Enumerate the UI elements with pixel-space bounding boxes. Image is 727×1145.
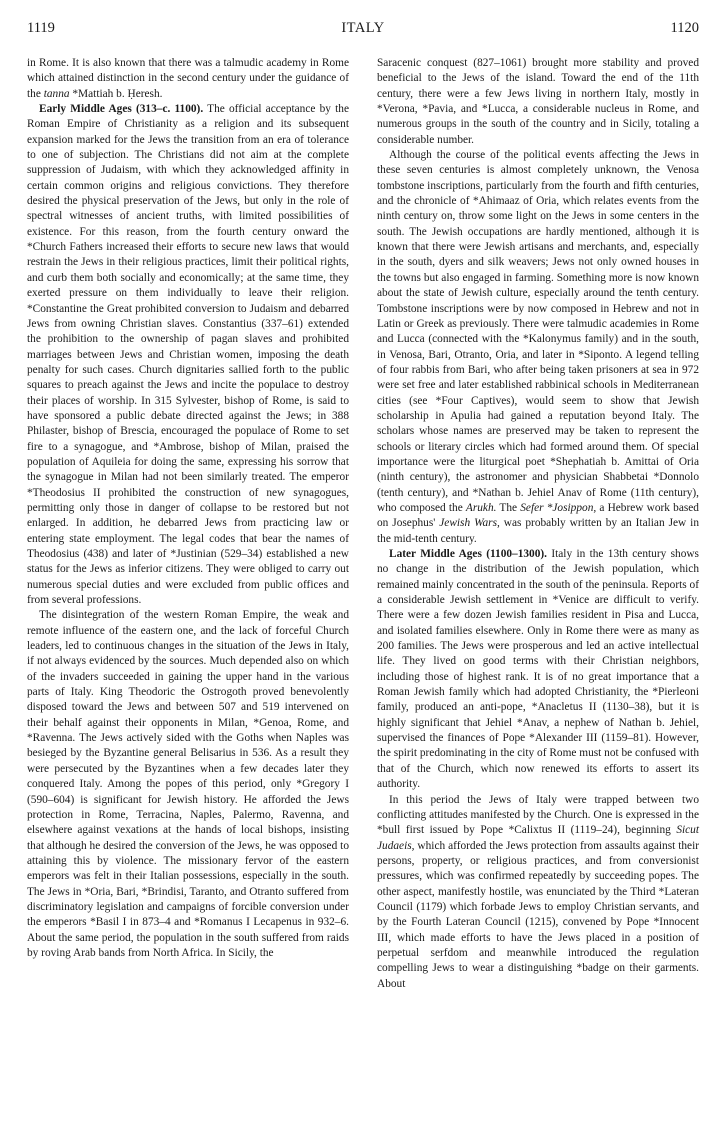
paragraph: In this period the Jews of Italy were tr… bbox=[377, 793, 699, 992]
left-column: in Rome. It is also known that there was… bbox=[27, 56, 349, 961]
section-heading: Early Middle Ages (313–c. 1100). bbox=[39, 103, 203, 115]
page-header: 1119 ITALY 1120 bbox=[27, 20, 699, 40]
running-title: ITALY bbox=[27, 20, 699, 37]
paragraph: Although the course of the political eve… bbox=[377, 148, 699, 547]
right-column: Saracenic conquest (827–1061) brought mo… bbox=[377, 56, 699, 992]
paragraph: Later Middle Ages (1100–1300). Italy in … bbox=[377, 547, 699, 793]
section-heading: Later Middle Ages (1100–1300). bbox=[389, 548, 547, 560]
paragraph: Early Middle Ages (313–c. 1100). The off… bbox=[27, 102, 349, 608]
paragraph: The disintegration of the western Roman … bbox=[27, 608, 349, 961]
paragraph: in Rome. It is also known that there was… bbox=[27, 56, 349, 102]
page-number-right: 1120 bbox=[671, 20, 699, 37]
paragraph: Saracenic conquest (827–1061) brought mo… bbox=[377, 56, 699, 148]
